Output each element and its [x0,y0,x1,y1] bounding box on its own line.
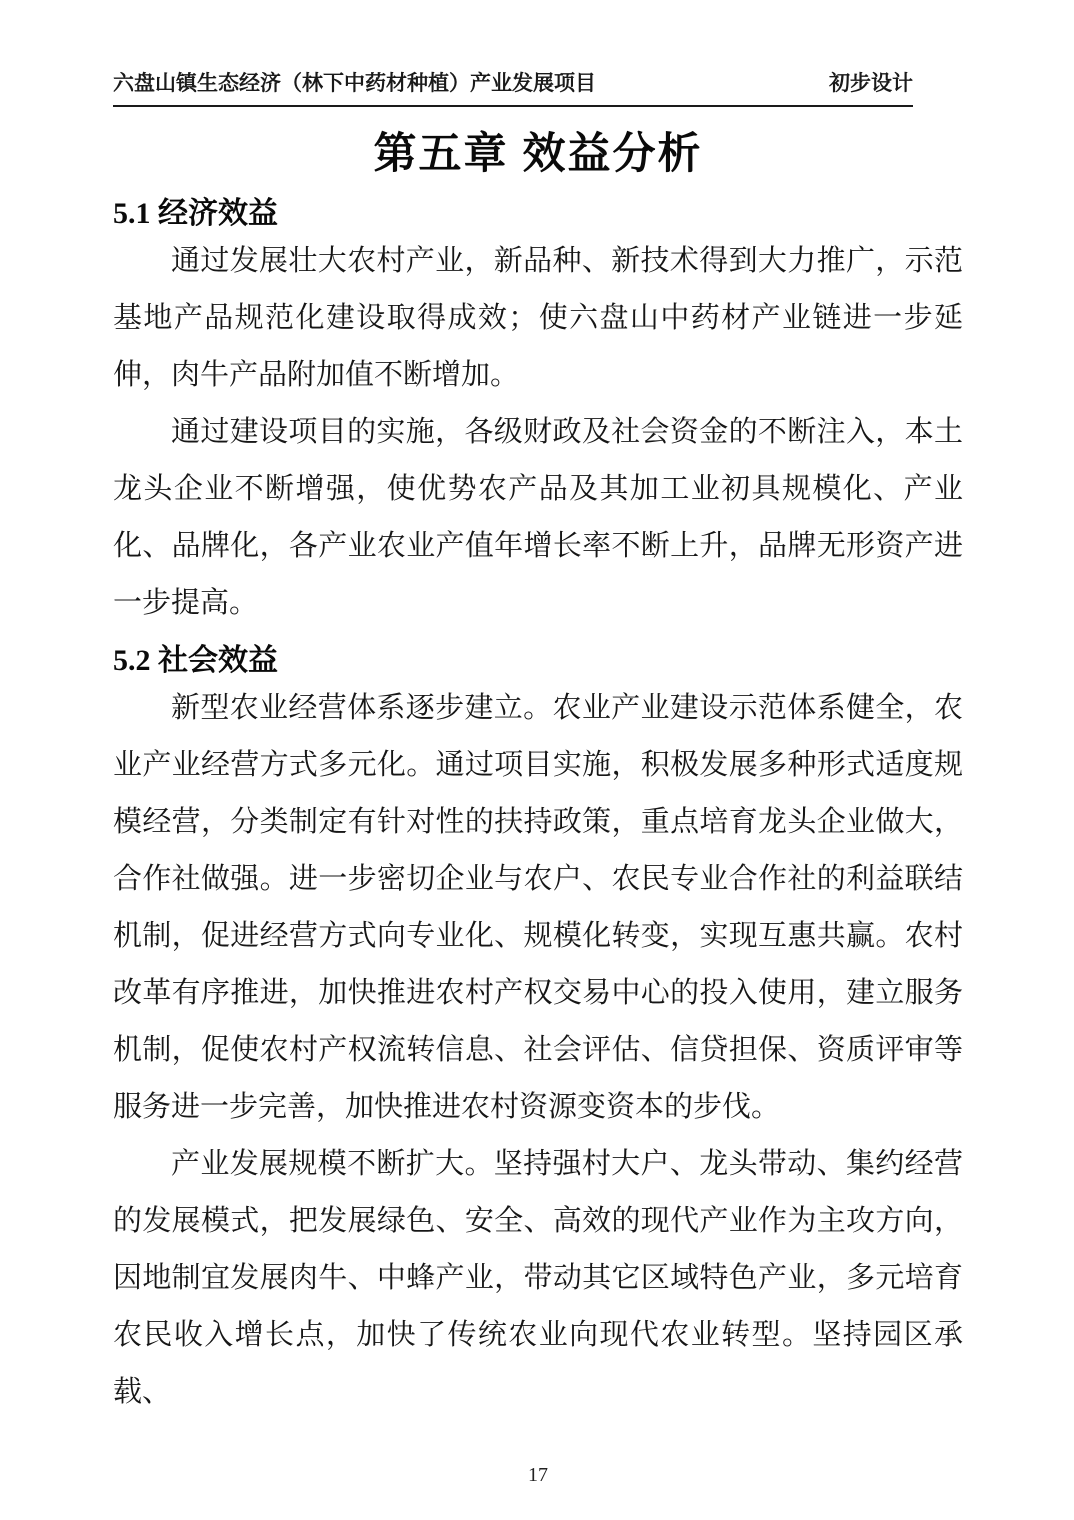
body-paragraph: 通过建设项目的实施，各级财政及社会资金的不断注入，本土龙头企业不断增强，使优势农… [113,404,963,632]
body-paragraph: 通过发展壮大农村产业，新品种、新技术得到大力推广，示范基地产品规范化建设取得成效… [113,233,963,404]
chapter-title: 第五章 效益分析 [113,129,963,179]
document-page: 六盘山镇生态经济（林下中药材种植）产业发展项目 初步设计 第五章 效益分析 5.… [0,0,1074,1520]
page-number: 17 [528,1464,548,1486]
section-heading-5-1: 5.1 经济效益 [113,195,963,233]
body-paragraph: 产业发展规模不断扩大。坚持强村大户、龙头带动、集约经营的发展模式，把发展绿色、安… [113,1136,963,1421]
body-paragraph: 新型农业经营体系逐步建立。农业产业建设示范体系健全，农业产业经营方式多元化。通过… [113,680,963,1136]
header-doc-stage: 初步设计 [829,72,913,96]
page-footer: 17 [113,1463,963,1487]
page-header: 六盘山镇生态经济（林下中药材种植）产业发展项目 初步设计 [113,72,913,107]
header-project-title: 六盘山镇生态经济（林下中药材种植）产业发展项目 [113,72,596,96]
section-heading-5-2: 5.2 社会效益 [113,642,963,680]
